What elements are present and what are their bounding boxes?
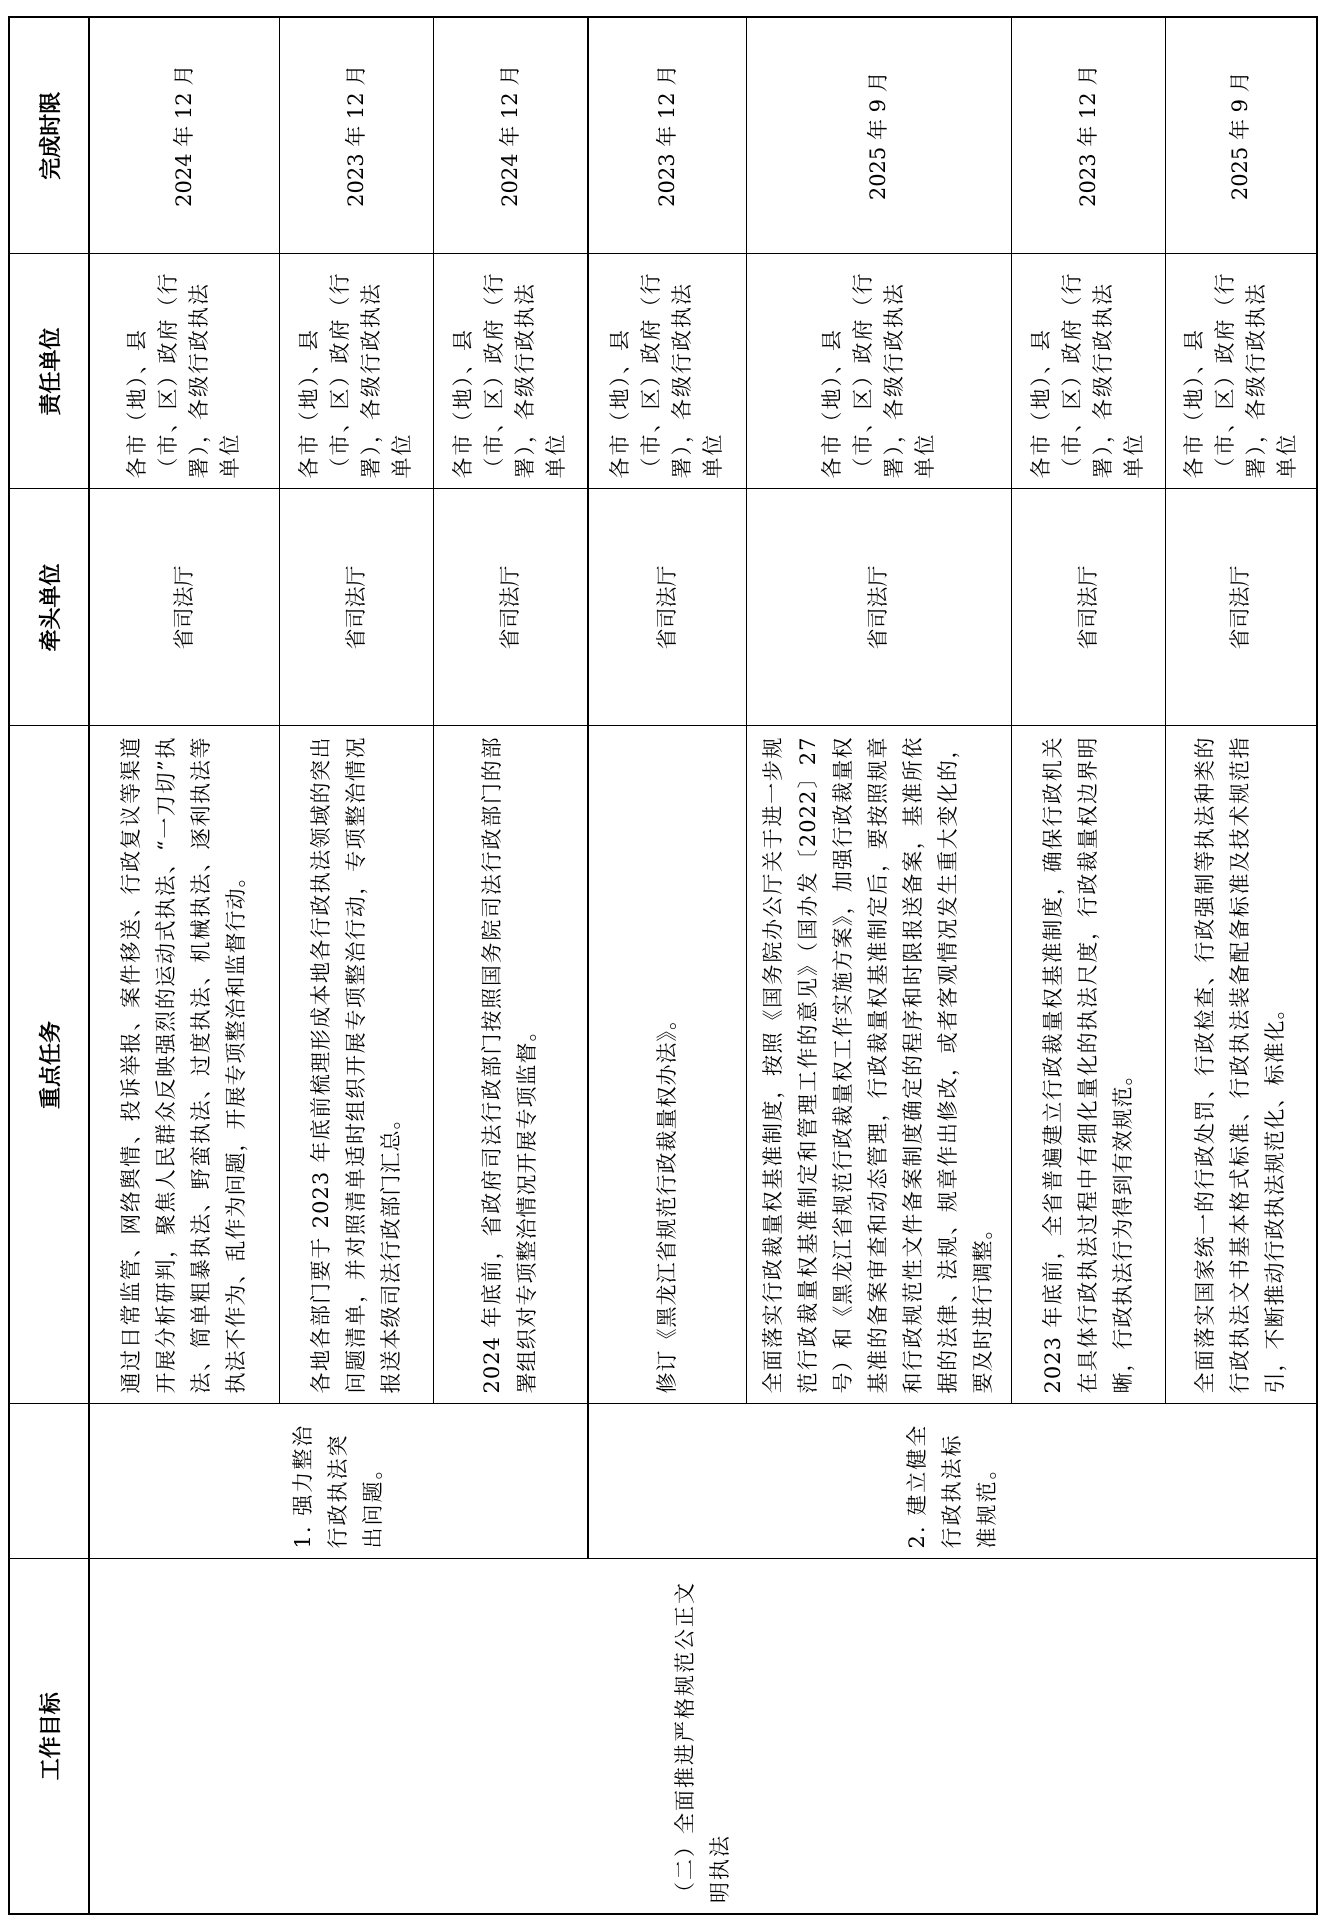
- goal-cell: （二）全面推进严格规范公正文明执法: [89, 1559, 1317, 1914]
- lead-unit-cell: 省司法厅: [588, 489, 746, 726]
- lead-unit-cell: 省司法厅: [89, 489, 279, 726]
- task-cell: 全面落实国家统一的行政处罚、行政检查、行政强制等执法种类的行政执法文书基本格式标…: [1165, 726, 1317, 1404]
- header-deadline: 完成时限: [9, 17, 89, 254]
- task-cell: 2023 年底前，全省普遍建立行政裁量权基准制度，确保行政机关在具体行政执法过程…: [1011, 726, 1165, 1404]
- deadline-cell: 2023 年 12 月: [1011, 17, 1165, 254]
- task-cell: 各地各部门要于 2023 年底前梳理形成本地各行政执法领域的突出问题清单，并对照…: [279, 726, 433, 1404]
- deadline-cell: 2023 年 12 月: [588, 17, 746, 254]
- responsible-unit-cell: 各市（地）、县（市、区）政府（行署），各级行政执法单位: [588, 254, 746, 489]
- responsible-unit-cell: 各市（地）、县（市、区）政府（行署），各级行政执法单位: [1165, 254, 1317, 489]
- header-subgoal: [9, 1404, 89, 1559]
- responsible-unit-cell: 各市（地）、县（市、区）政府（行署），各级行政执法单位: [433, 254, 588, 489]
- deadline-cell: 2024 年 12 月: [89, 17, 279, 254]
- header-goal: 工作目标: [9, 1559, 89, 1914]
- deadline-cell: 2025 年 9 月: [1165, 17, 1317, 254]
- responsible-unit-cell: 各市（地）、县（市、区）政府（行署），各级行政执法单位: [746, 254, 1011, 489]
- task-cell: 修订《黑龙江省规范行政裁量权办法》。: [588, 726, 746, 1404]
- responsible-unit-cell: 各市（地）、县（市、区）政府（行署），各级行政执法单位: [1011, 254, 1165, 489]
- lead-unit-cell: 省司法厅: [1165, 489, 1317, 726]
- lead-unit-cell: 省司法厅: [1011, 489, 1165, 726]
- table-row: （二）全面推进严格规范公正文明执法 1. 强力整治行政执法突出问题。 通过日常监…: [89, 17, 279, 1914]
- responsible-unit-cell: 各市（地）、县（市、区）政府（行署），各级行政执法单位: [279, 254, 433, 489]
- header-responsible-unit: 责任单位: [9, 254, 89, 489]
- responsible-unit-cell: 各市（地）、县（市、区）政府（行署），各级行政执法单位: [89, 254, 279, 489]
- lead-unit-cell: 省司法厅: [433, 489, 588, 726]
- lead-unit-cell: 省司法厅: [279, 489, 433, 726]
- task-table: 工作目标 重点任务 牵头单位 责任单位 完成时限 （二）全面推进严格规范公正文明…: [8, 16, 1318, 1915]
- deadline-cell: 2023 年 12 月: [279, 17, 433, 254]
- subgoal-cell: 1. 强力整治行政执法突出问题。: [89, 1404, 588, 1559]
- header-row: 工作目标 重点任务 牵头单位 责任单位 完成时限: [9, 17, 89, 1914]
- task-cell: 通过日常监管、网络舆情、投诉举报、案件移送、行政复议等渠道开展分析研判，聚焦人民…: [89, 726, 279, 1404]
- deadline-cell: 2025 年 9 月: [746, 17, 1011, 254]
- lead-unit-cell: 省司法厅: [746, 489, 1011, 726]
- task-cell: 全面落实行政裁量权基准制度，按照《国务院办公厅关于进一步规范行政裁量权基准制定和…: [746, 726, 1011, 1404]
- header-task: 重点任务: [9, 726, 89, 1404]
- task-cell: 2024 年底前，省政府司法行政部门按照国务院司法行政部门的部署组织对专项整治情…: [433, 726, 588, 1404]
- header-lead-unit: 牵头单位: [9, 489, 89, 726]
- rotated-page: 工作目标 重点任务 牵头单位 责任单位 完成时限 （二）全面推进严格规范公正文明…: [0, 0, 1323, 1922]
- subgoal-cell: 2. 建立健全行政执法标准规范。: [588, 1404, 1317, 1559]
- deadline-cell: 2024 年 12 月: [433, 17, 588, 254]
